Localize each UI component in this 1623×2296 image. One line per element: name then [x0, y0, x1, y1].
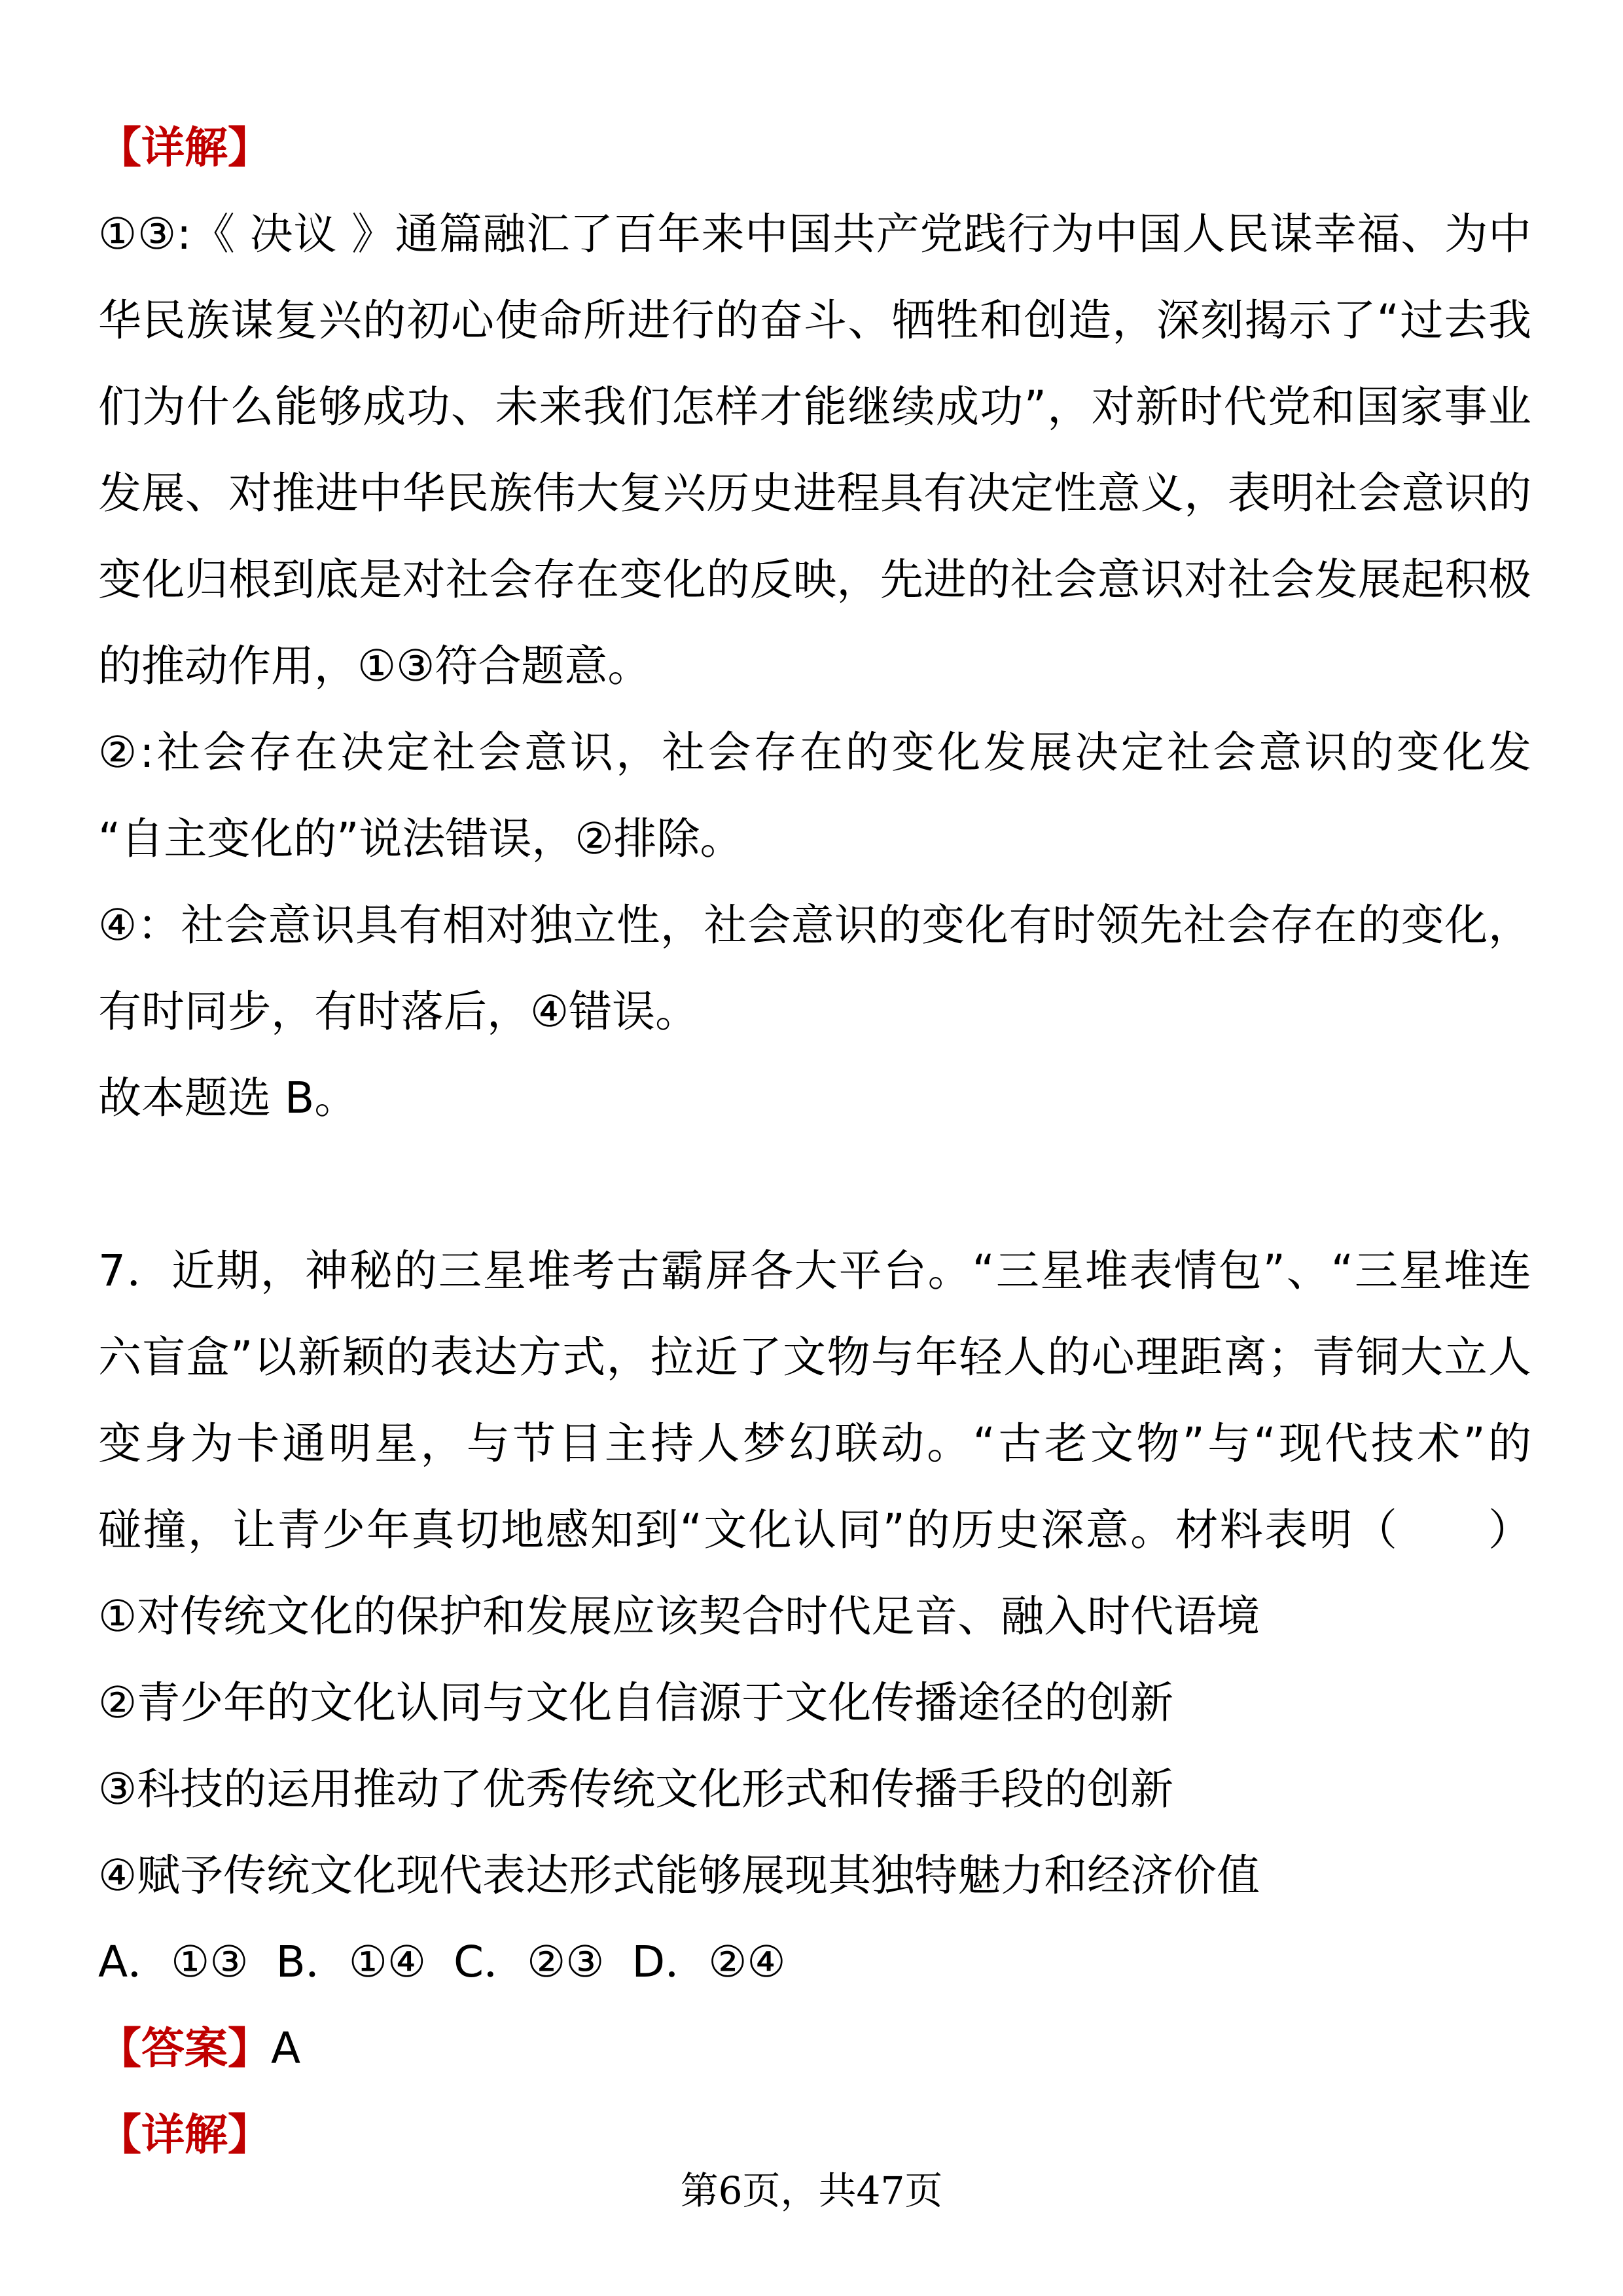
statement-3: ③科技的运用推动了优秀传统文化形式和传播手段的创新 [98, 1746, 1531, 1833]
page-footer: 第6页，共47页 [0, 2160, 1623, 2215]
answer-value: A [271, 2023, 300, 2073]
answer-options: A．①③ B．①④ C．②③ D．②④ [98, 1919, 1531, 2005]
paragraph-line: 的推动作用，①③符合题意。 [98, 623, 1531, 709]
question-stem-line: 变身为卡通明星，与节目主持人梦幻联动。“古老文物”与“现代技术”的 [98, 1401, 1531, 1487]
paragraph-line: 有时同步，有时落后，④错误。 [98, 969, 1531, 1055]
paragraph-line: “自主变化的”说法错误，②排除。 [98, 796, 1531, 882]
statement-2: ②青少年的文化认同与文化自信源于文化传播途径的创新 [98, 1660, 1531, 1746]
section-gap [98, 1141, 1531, 1228]
answer-line: 【答案】A [98, 2005, 1531, 2092]
paragraph-line: 华民族谋复兴的初心使命所进行的奋斗、牺牲和创造，深刻揭示了“过去我 [98, 278, 1531, 364]
question-stem-line: 碰撞，让青少年真切地感知到“文化认同”的历史深意。材料表明（ ） [98, 1487, 1531, 1573]
paragraph-line: 变化归根到底是对社会存在变化的反映，先进的社会意识对社会发展起积极 [98, 537, 1531, 623]
answer-label: 【答案】 [98, 2023, 271, 2073]
statement-4: ④赋予传统文化现代表达形式能够展现其独特魅力和经济价值 [98, 1833, 1531, 1919]
question-stem-line: 六盲盒”以新颖的表达方式，拉近了文物与年轻人的心理距离；青铜大立人 [98, 1314, 1531, 1401]
paragraph-line: ①③:《 决议 》通篇融汇了百年来中国共产党践行为中国人民谋幸福、为中 [98, 191, 1531, 278]
paragraph-line: 发展、对推进中华民族伟大复兴历史进程具有决定性意义，表明社会意识的 [98, 450, 1531, 537]
question-stem-line: 7．近期，神秘的三星堆考古霸屏各大平台。“三星堆表情包”、“三星堆连拆 [98, 1228, 1531, 1314]
statement-1: ①对传统文化的保护和发展应该契合时代足音、融入时代语境 [98, 1573, 1531, 1660]
conclusion-line: 故本题选 B。 [98, 1055, 1531, 1141]
paragraph-line: ④：社会意识具有相对独立性，社会意识的变化有时领先社会存在的变化， [98, 882, 1531, 969]
paragraph-line: 们为什么能够成功、未来我们怎样才能继续成功”，对新时代党和国家事业 [98, 364, 1531, 450]
paragraph-line: ②:社会存在决定社会意识，社会存在的变化发展决定社会意识的变化发展。 [98, 709, 1531, 796]
document-page: 【详解】 ①③:《 决议 》通篇融汇了百年来中国共产党践行为中国人民谋幸福、为中… [98, 105, 1531, 2178]
detail-label: 【详解】 [98, 105, 1531, 191]
